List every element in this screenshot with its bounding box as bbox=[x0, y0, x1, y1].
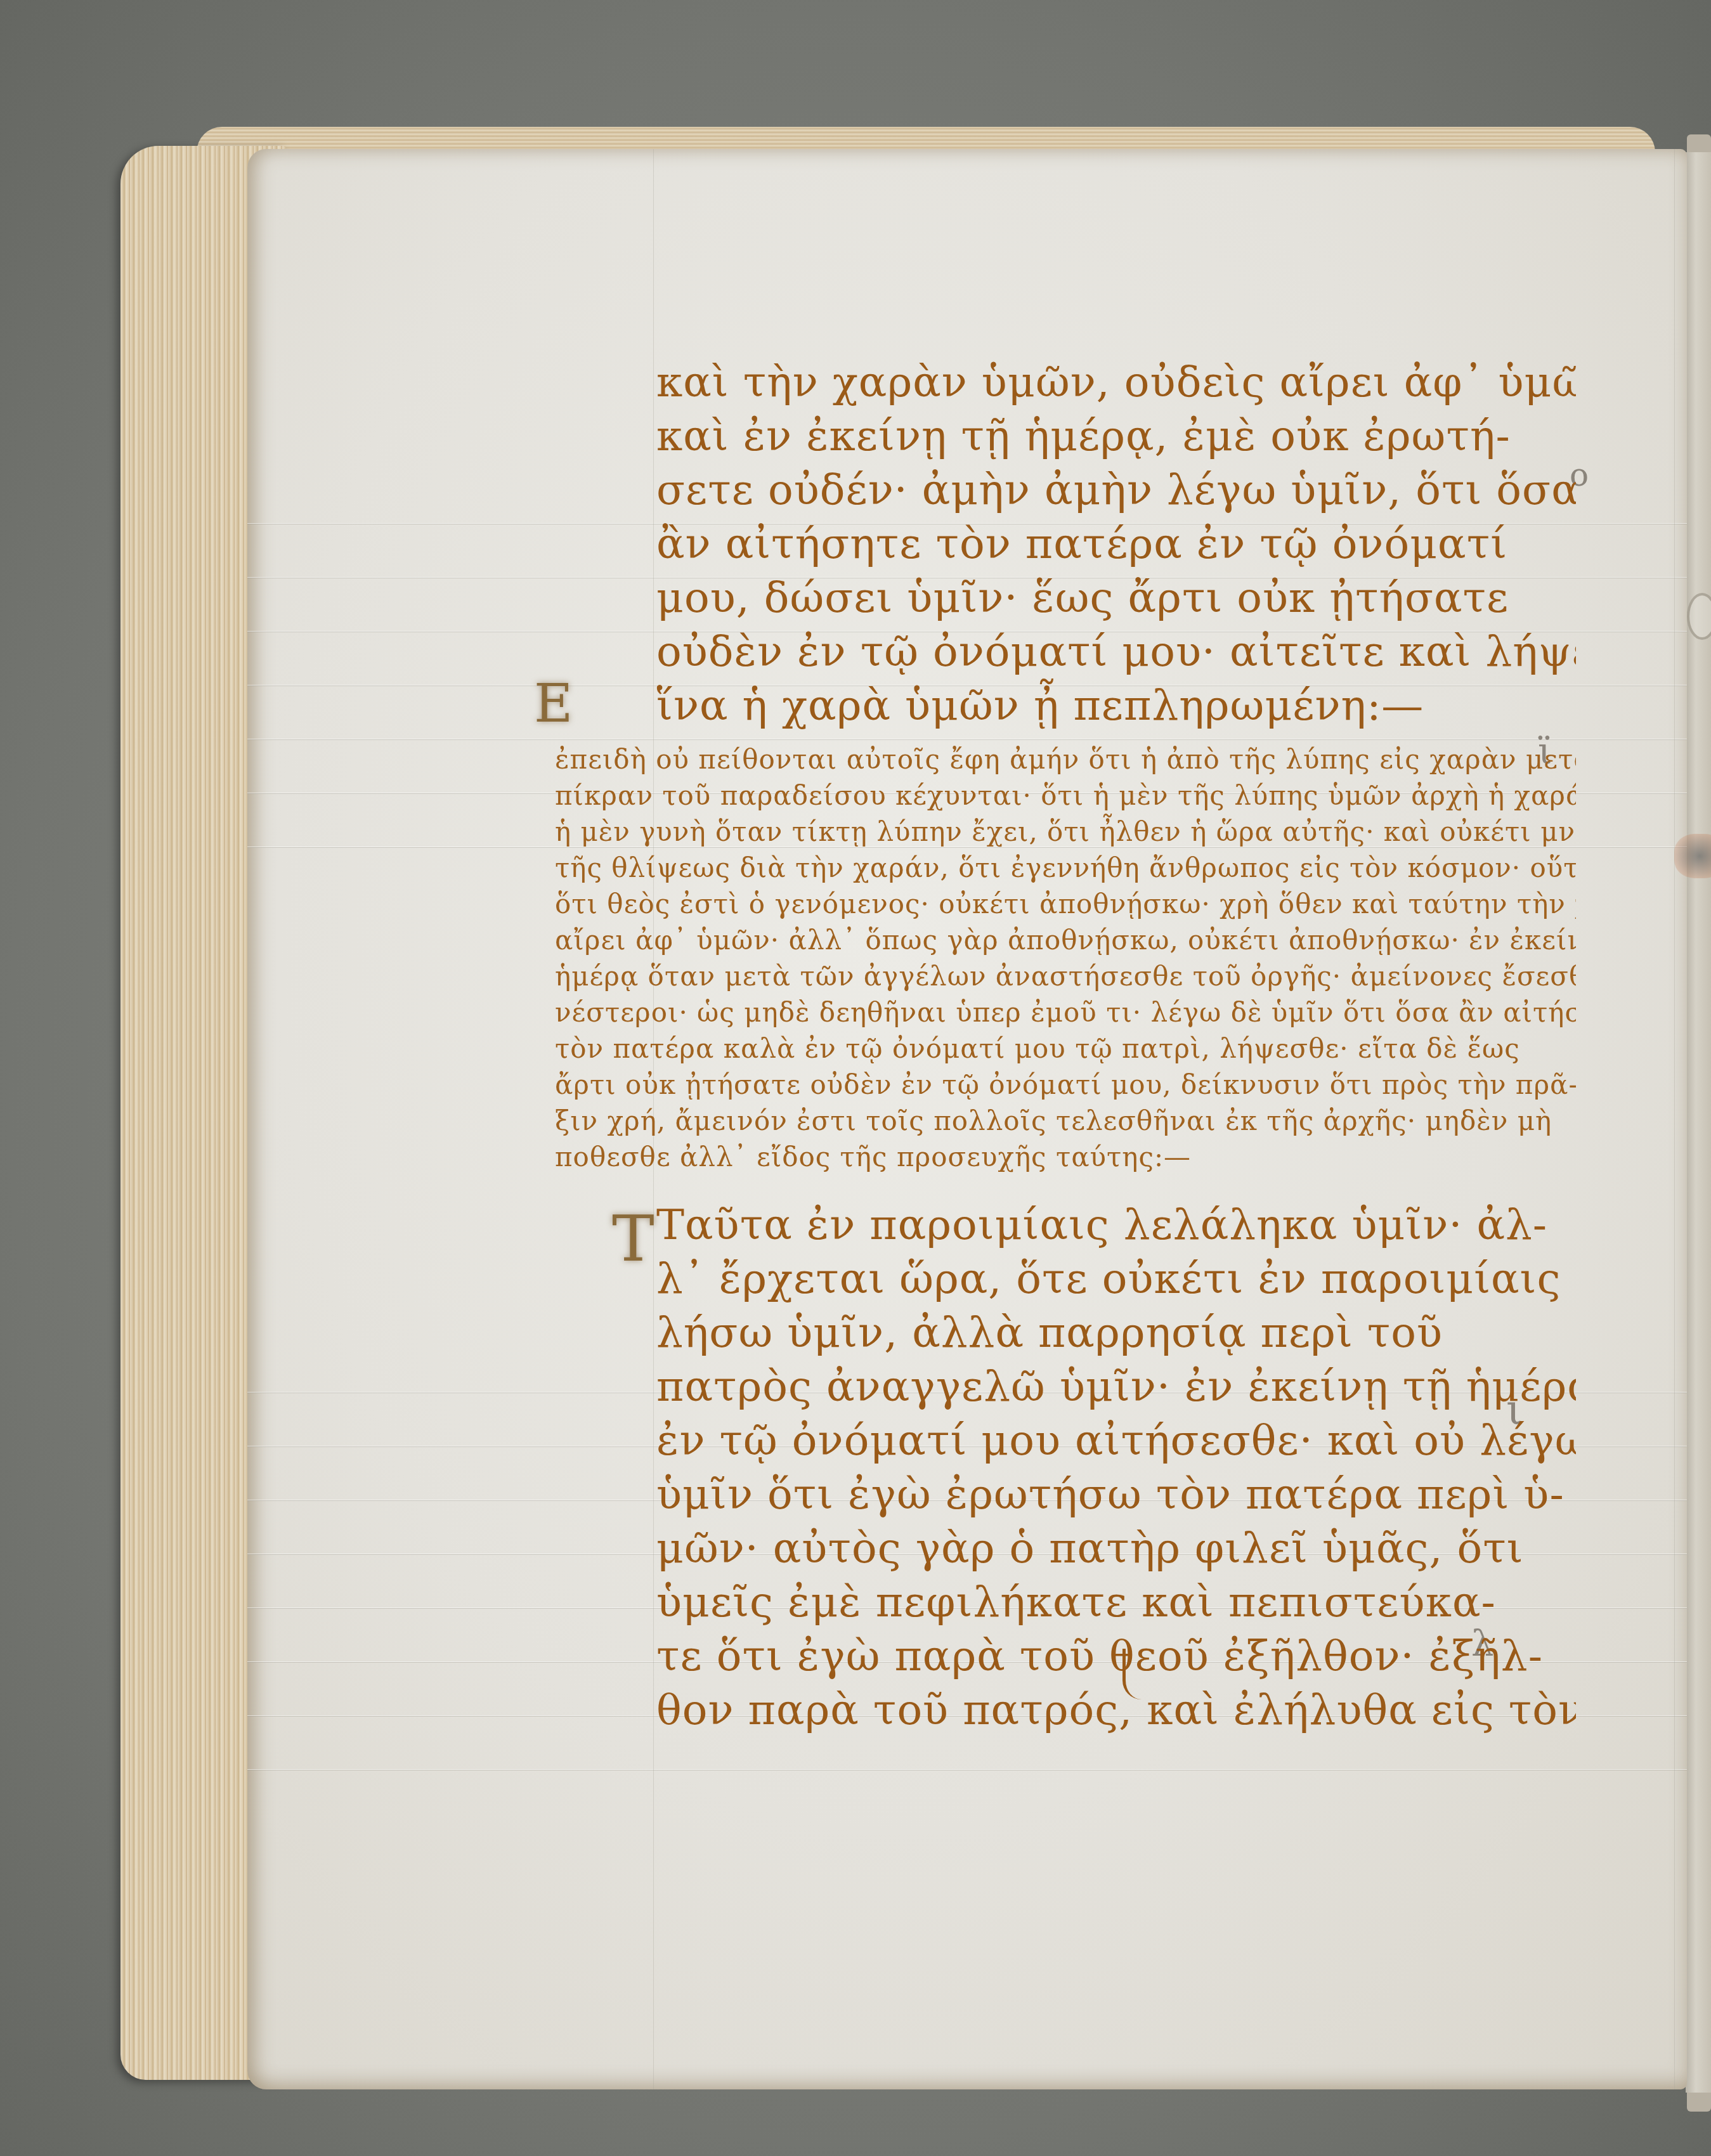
text-line: λήσω ὑμῖν, ἀλλὰ παρρησίᾳ περὶ τοῦ bbox=[530, 1306, 1576, 1360]
ruling-vertical bbox=[1674, 149, 1675, 2089]
gutter-facing-page bbox=[1686, 152, 1711, 2093]
commentary-line: αἴρει ἀφ᾿ ὑμῶν· ἀλλ᾿ ὅπως γὰρ ἀποθνῄσκω,… bbox=[530, 922, 1576, 958]
commentary-line: νέστεροι· ὡς μηδὲ δεηθῆναι ὑπερ ἐμοῦ τι·… bbox=[530, 994, 1576, 1030]
commentary-line: τῆς θλίψεως διὰ τὴν χαράν, ὅτι ἐγεννήθη … bbox=[530, 850, 1576, 886]
commentary-line: ξιν χρή, ἄμεινόν ἐστι τοῖς πολλοῖς τελεσ… bbox=[530, 1103, 1576, 1139]
text-line: τε ὅτι ἐγὼ παρὰ τοῦ θεοῦ ἐξῆλθον· ἐξῆλ- bbox=[530, 1629, 1576, 1683]
text-line: ἐν τῷ ὀνόματί μου αἰτήσεσθε· καὶ οὐ λέγω bbox=[530, 1413, 1576, 1467]
commentary-line: ἡμέρᾳ ὅταν μετὰ τῶν ἀγγέλων ἀναστήσεσθε … bbox=[530, 958, 1576, 994]
commentary-line: ἄρτι οὐκ ᾐτήσατε οὐδὲν ἐν τῷ ὀνόματί μου… bbox=[530, 1067, 1576, 1103]
commentary-line: ἡ μὲν γυνὴ ὅταν τίκτῃ λύπην ἔχει, ὅτι ἦλ… bbox=[530, 814, 1576, 850]
commentary-line: ὅτι θεὸς ἐστὶ ὁ γενόμενος· οὐκέτι ἀποθνῄ… bbox=[530, 886, 1576, 922]
commentary-line: πίκραν τοῦ παραδείσου κέχυνται· ὅτι ἡ μὲ… bbox=[530, 777, 1576, 814]
text-line: οὐδὲν ἐν τῷ ὀνόματί μου· αἰτεῖτε καὶ λήψ… bbox=[530, 625, 1576, 679]
text-line: μῶν· αὐτὸς γὰρ ὁ πατὴρ φιλεῖ ὑμᾶς, ὅτι bbox=[530, 1521, 1576, 1575]
text-line: ὑμεῖς ἐμὲ πεφιλήκατε καὶ πεπιστεύκα- bbox=[530, 1575, 1576, 1629]
text-line: ἂν αἰτήσητε τὸν πατέρα ἐν τῷ ὀνόματί bbox=[530, 517, 1576, 571]
text-line: σετε οὐδέν· ἀμὴν ἀμὴν λέγω ὑμῖν, ὅτι ὅσα bbox=[530, 463, 1576, 517]
main-text-bottom: Ταῦτα ἐν παροιμίαις λελάληκα ὑμῖν· ἀλ- λ… bbox=[530, 1198, 1576, 1737]
text-line: θον παρὰ τοῦ πατρός, καὶ ἐλήλυθα εἰς τὸν bbox=[530, 1683, 1576, 1737]
text-line: καὶ ἐν ἐκείνῃ τῇ ἡμέρᾳ, ἐμὲ οὐκ ἐρωτή- bbox=[530, 409, 1576, 463]
text-line: Ταῦτα ἐν παροιμίαις λελάληκα ὑμῖν· ἀλ- bbox=[530, 1198, 1576, 1252]
text-line: ἵνα ἡ χαρὰ ὑμῶν ᾖ πεπληρωμένη:— bbox=[530, 679, 1576, 732]
text-block: καὶ τὴν χαρὰν ὑμῶν, οὐδεὶς αἴρει ἀφ᾿ ὑμῶ… bbox=[530, 355, 1576, 1737]
ink-blot bbox=[1674, 834, 1711, 878]
text-line: καὶ τὴν χαρὰν ὑμῶν, οὐδεὶς αἴρει ἀφ᾿ ὑμῶ… bbox=[530, 355, 1576, 409]
text-line: λ᾿ ἔρχεται ὥρα, ὅτε οὐκέτι ἐν παροιμίαις… bbox=[530, 1252, 1576, 1306]
main-text-top: καὶ τὴν χαρὰν ὑμῶν, οὐδεὶς αἴρει ἀφ᾿ ὑμῶ… bbox=[530, 355, 1576, 732]
text-line: μου, δώσει ὑμῖν· ἕως ἄρτι οὐκ ᾐτήσατε bbox=[530, 571, 1576, 625]
ruling-line bbox=[247, 1769, 1687, 1770]
text-line: πατρὸς ἀναγγελῶ ὑμῖν· ἐν ἐκείνῃ τῇ ἡμέρᾳ bbox=[530, 1360, 1576, 1413]
text-line: ὑμῖν ὅτι ἐγὼ ἐρωτήσω τὸν πατέρα περὶ ὑ- bbox=[530, 1467, 1576, 1521]
commentary-line: ποθεσθε ἀλλ᾿ εἴδος τῆς προσευχῆς ταύτης:… bbox=[530, 1139, 1576, 1175]
commentary-line: τὸν πατέρα καλὰ ἐν τῷ ὀνόματί μου τῷ πατ… bbox=[530, 1030, 1576, 1067]
commentary-block: ἐπειδὴ οὐ πείθονται αὐτοῖς ἔφη ἀμήν ὅτι … bbox=[530, 741, 1576, 1175]
commentary-line: ἐπειδὴ οὐ πείθονται αὐτοῖς ἔφη ἀμήν ὅτι … bbox=[530, 741, 1576, 777]
